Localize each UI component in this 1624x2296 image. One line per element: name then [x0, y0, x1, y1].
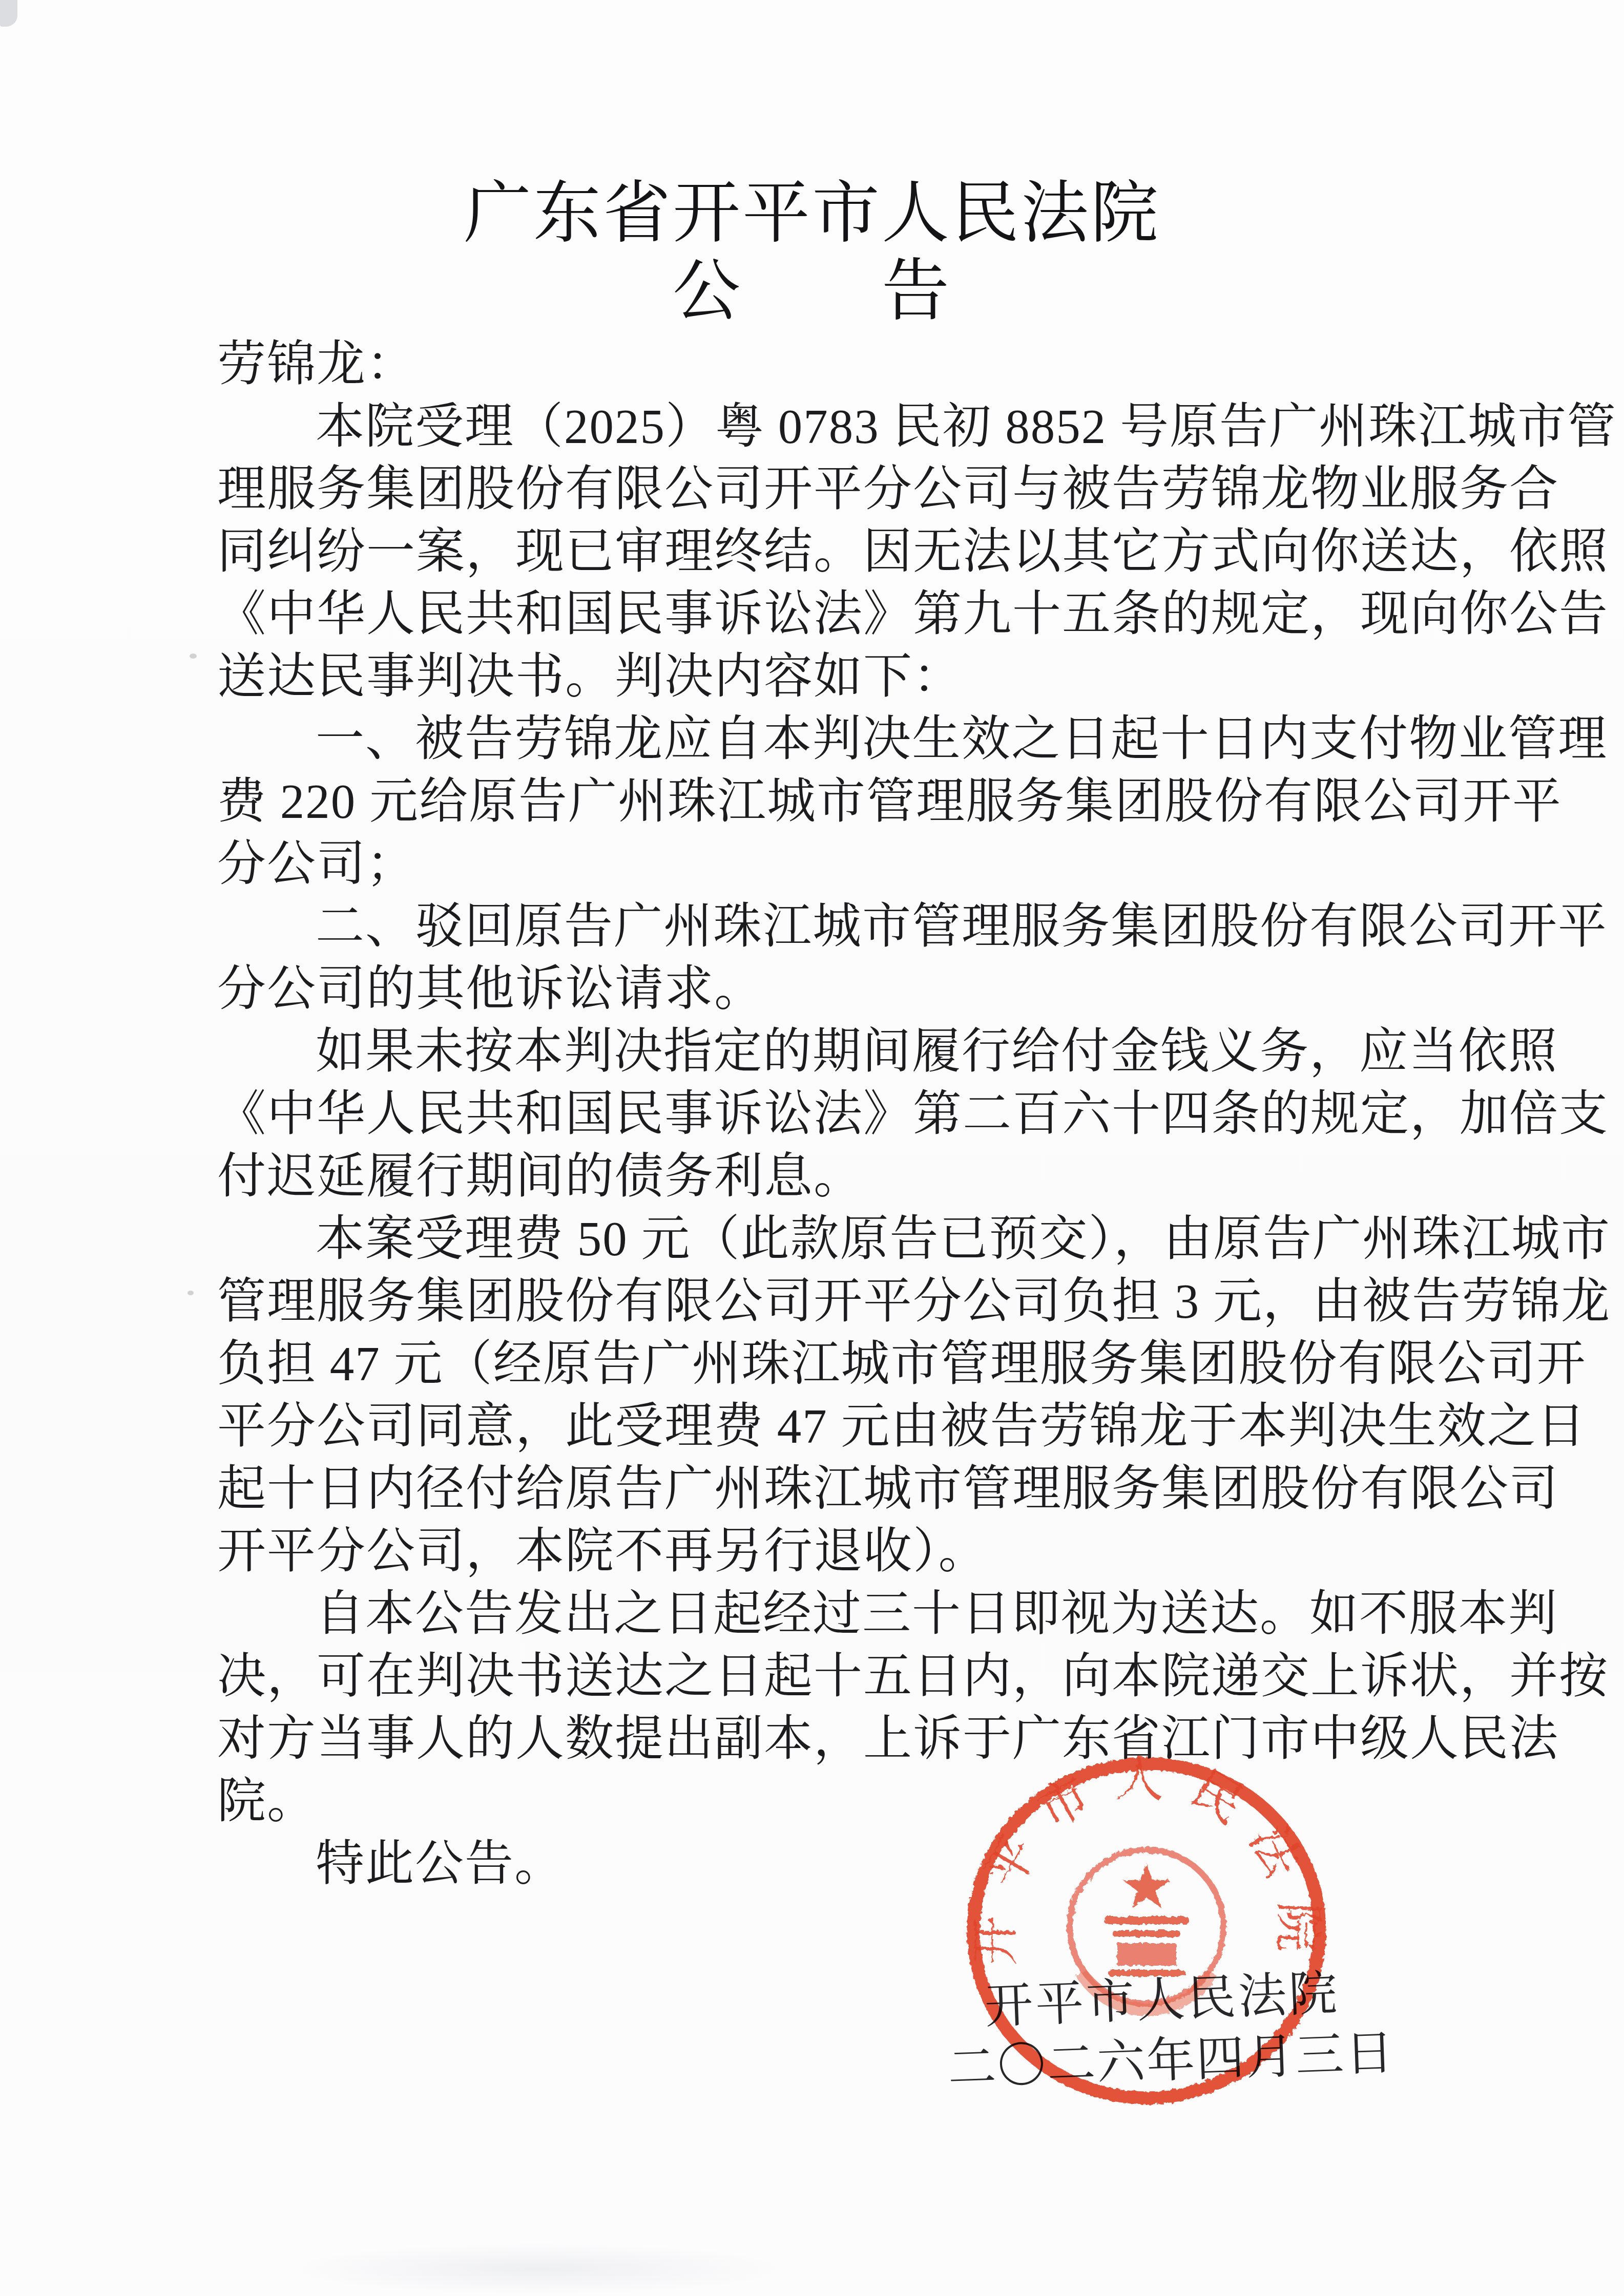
- page-subtitle: 公 告: [0, 253, 1624, 330]
- document-page: 广东省开平市人民法院 公 告 劳锦龙： 本院受理（2025）粤 0783 民初 …: [0, 0, 1624, 2296]
- document-body: 劳锦龙： 本院受理（2025）粤 0783 民初 8852 号原告广州珠江城市管…: [217, 333, 1529, 1895]
- document-line: 起十日内径付给原告广州珠江城市管理服务集团股份有限公司: [217, 1458, 1529, 1520]
- document-line: 开平分公司，本院不再另行退收）。: [217, 1520, 1529, 1583]
- document-line: 分公司的其他诉讼请求。: [217, 958, 1529, 1020]
- document-line: 一、被告劳锦龙应自本判决生效之日起十日内支付物业管理: [217, 708, 1529, 770]
- document-line: 分公司；: [217, 833, 1529, 895]
- document-line: 特此公告。: [217, 1832, 1529, 1895]
- page-title: 广东省开平市人民法院: [0, 175, 1624, 252]
- document-line: 本院受理（2025）粤 0783 民初 8852 号原告广州珠江城市管: [217, 395, 1529, 458]
- document-line: 负担 47 元（经原告广州珠江城市管理服务集团股份有限公司开: [217, 1333, 1529, 1395]
- document-line: 对方当事人的人数提出副本，上诉于广东省江门市中级人民法: [217, 1708, 1529, 1770]
- document-line: 管理服务集团股份有限公司开平分公司负担 3 元，由被告劳锦龙: [217, 1270, 1529, 1333]
- document-line: 自本公告发出之日起经过三十日即视为送达。如不服本判: [217, 1583, 1529, 1645]
- document-line: 费 220 元给原告广州珠江城市管理服务集团股份有限公司开平: [217, 770, 1529, 833]
- document-line: 《中华人民共和国民事诉讼法》第九十五条的规定，现向你公告: [217, 583, 1529, 645]
- document-line: 决，可在判决书送达之日起十五日内，向本院递交上诉状，并按: [217, 1645, 1529, 1708]
- document-line: 付迟延履行期间的债务利息。: [217, 1145, 1529, 1208]
- document-line: 理服务集团股份有限公司开平分公司与被告劳锦龙物业服务合: [217, 458, 1529, 520]
- document-line: 同纠纷一案，现已审理终结。因无法以其它方式向你送达，依照: [217, 520, 1529, 583]
- document-line: 院。: [217, 1770, 1529, 1832]
- document-line: 二、驳回原告广州珠江城市管理服务集团股份有限公司开平: [217, 895, 1529, 958]
- document-line: 送达民事判决书。判决内容如下：: [217, 645, 1529, 708]
- scan-artifact: [287, 2243, 789, 2294]
- document-line: 《中华人民共和国民事诉讼法》第二百六十四条的规定，加倍支: [217, 1083, 1529, 1145]
- salutation-line: 劳锦龙：: [217, 333, 1529, 395]
- scan-artifact: [190, 654, 197, 659]
- document-line: 如果未按本判决指定的期间履行给付金钱义务，应当依照: [217, 1020, 1529, 1083]
- document-line: 平分公司同意，此受理费 47 元由被告劳锦龙于本判决生效之日: [217, 1395, 1529, 1458]
- scan-artifact: [0, 0, 17, 27]
- scan-artifact: [188, 1291, 194, 1295]
- document-line: 本案受理费 50 元（此款原告已预交），由原告广州珠江城市: [217, 1208, 1529, 1270]
